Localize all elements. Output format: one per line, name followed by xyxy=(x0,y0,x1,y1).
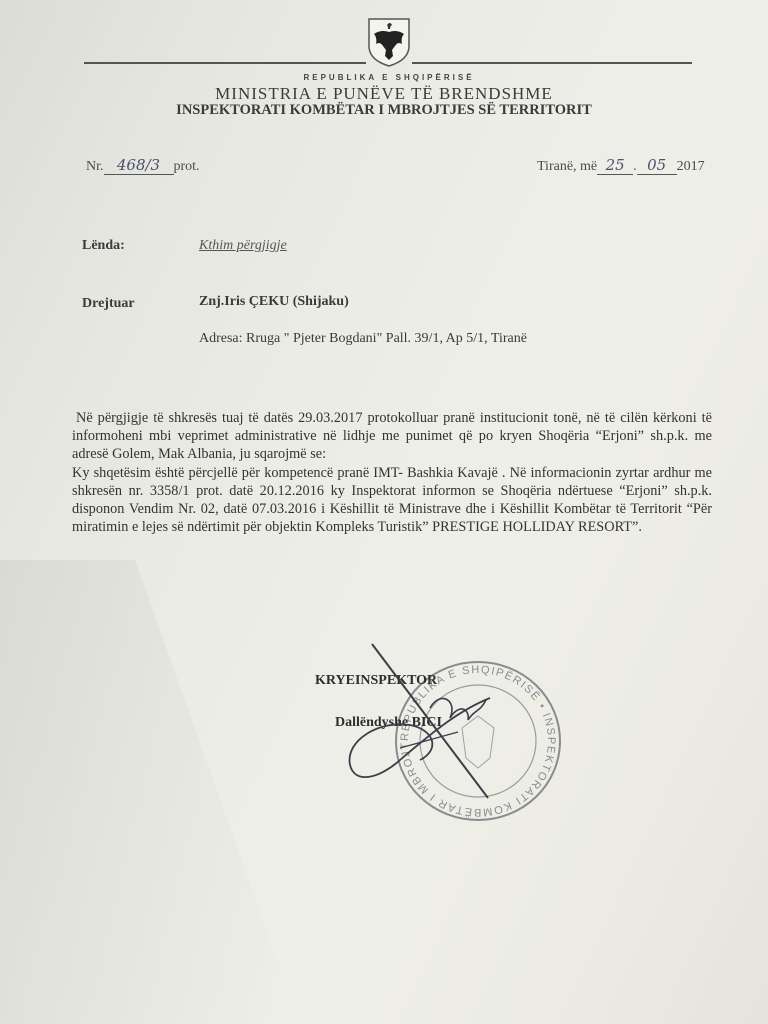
inspectorate-heading: INSPEKTORATI KOMBËTAR I MBROJTJES SË TER… xyxy=(0,102,768,119)
albanian-eagle-emblem-icon xyxy=(366,16,412,68)
protocol-number-handwritten: 468/3 xyxy=(104,156,174,175)
header-rule-right xyxy=(412,62,692,64)
date-month-handwritten: 05 xyxy=(637,156,677,175)
date-day-handwritten: 25 xyxy=(597,156,633,175)
header-rule-left xyxy=(84,62,366,64)
body-paragraph: Ky shqetësim është përcjellë për kompete… xyxy=(72,464,712,537)
recipient-name: Znj.Iris ÇEKU (Shijaku) xyxy=(199,294,349,310)
recipient-label: Drejtuar xyxy=(82,296,135,312)
body-paragraph: Në përgjigje të shkresës tuaj të datës 2… xyxy=(72,409,712,464)
republic-heading: REPUBLIKA E SHQIPËRISË xyxy=(0,73,768,82)
date-year: 2017 xyxy=(677,159,705,174)
letter-date: Tiranë, më25.052017 xyxy=(537,156,705,175)
protocol-prefix: Nr. xyxy=(86,159,104,174)
subject-label: Lënda: xyxy=(82,238,125,254)
paper-shadow xyxy=(0,560,300,1024)
letter-body: Në përgjigje të shkresës tuaj të datës 2… xyxy=(72,409,712,536)
ministry-heading: MINISTRIA E PUNËVE TË BRENDSHME xyxy=(0,84,768,104)
protocol-suffix: prot. xyxy=(174,159,200,174)
subject-value: Kthim përgjigje xyxy=(199,238,287,254)
date-prefix: Tiranë, më xyxy=(537,159,597,174)
recipient-address: Adresa: Rruga " Pjeter Bogdani" Pall. 39… xyxy=(199,331,527,347)
protocol-number: Nr.468/3prot. xyxy=(86,156,200,175)
handwritten-signature-icon xyxy=(340,640,520,805)
